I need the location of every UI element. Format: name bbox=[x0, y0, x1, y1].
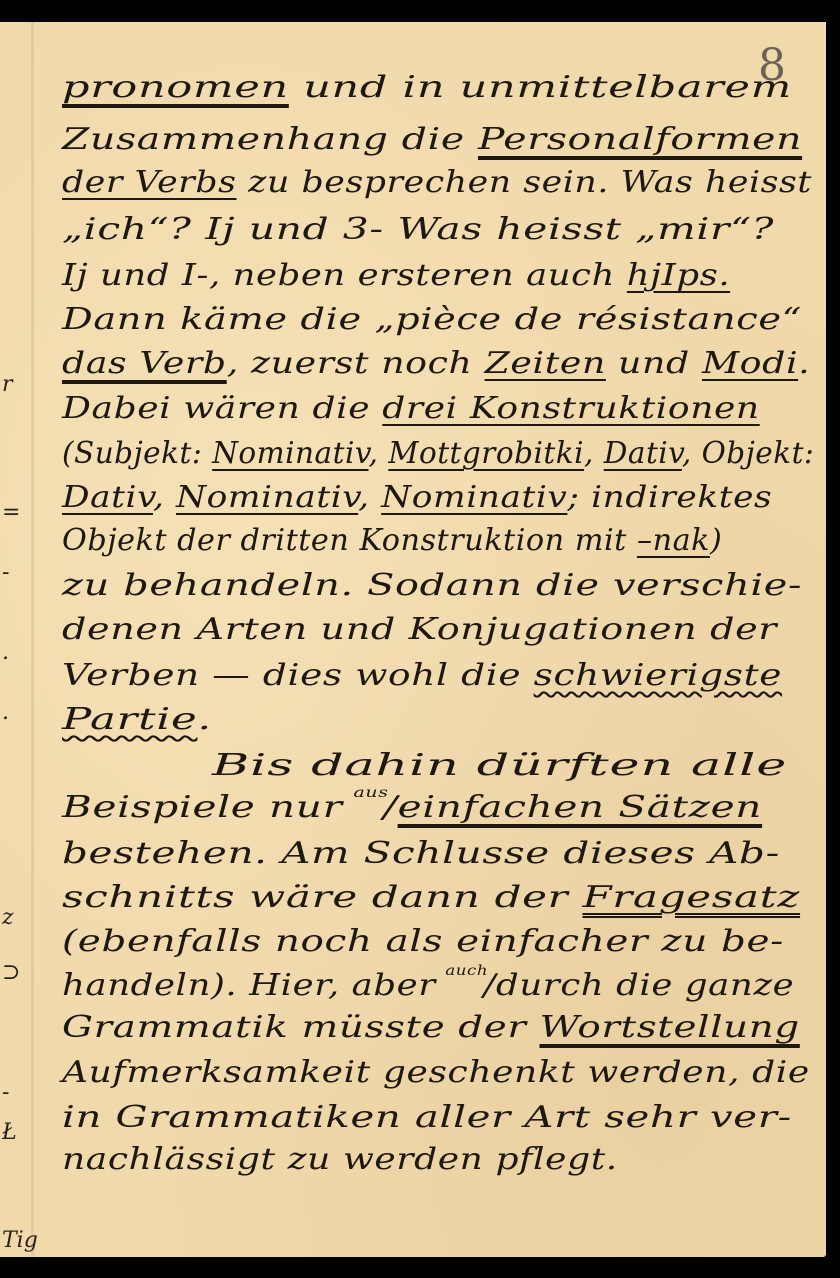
manuscript-line: „ich“? Ij und 3- Was heisst „mir“? bbox=[62, 212, 774, 247]
line-text: ; indirektes bbox=[567, 480, 772, 515]
underlined-word: drei Konstruktionen bbox=[382, 391, 760, 426]
underlined-word: –nak bbox=[637, 523, 710, 558]
manuscript-line: Dabei wären die drei Konstruktionen bbox=[62, 391, 760, 426]
manuscript-line: Dann käme die „pièce de résistance“ bbox=[62, 302, 802, 337]
line-text: ) bbox=[710, 523, 722, 558]
line-text: bestehen. Am Schlusse dieses Ab- bbox=[62, 836, 780, 871]
line-text: schnitts wäre dann der bbox=[62, 880, 582, 915]
line-text: , Objekt: bbox=[682, 436, 814, 471]
manuscript-line: in Grammatiken aller Art sehr ver- bbox=[62, 1100, 792, 1135]
line-text: , bbox=[584, 436, 604, 471]
margin-bleed-fragment: . bbox=[2, 700, 9, 725]
underlined-word: Partie bbox=[62, 702, 197, 737]
underlined-word: Nominativ bbox=[212, 436, 368, 471]
manuscript-line: denen Arten und Konjugationen der bbox=[62, 612, 777, 647]
line-text: nachlässigt zu werden pflegt. bbox=[62, 1142, 618, 1177]
line-text: Aufmerksamkeit geschenkt werden, die bbox=[62, 1055, 810, 1090]
manuscript-line: Bis dahin dürften alle bbox=[212, 748, 787, 783]
manuscript-line: nachlässigt zu werden pflegt. bbox=[62, 1142, 618, 1177]
underlined-word: Dativ bbox=[604, 436, 682, 471]
line-text: , bbox=[153, 480, 176, 515]
margin-bleed-fragment: ⊃ bbox=[2, 960, 20, 985]
manuscript-line: pronomen und in unmittelbarem bbox=[62, 70, 792, 105]
line-text: und bbox=[606, 346, 702, 381]
underlined-word: Mottgrobitki bbox=[388, 436, 584, 471]
margin-bleed-fragment: r bbox=[2, 372, 13, 397]
manuscript-line: Objekt der dritten Konstruktion mit –nak… bbox=[62, 523, 722, 558]
underlined-word: Nominativ bbox=[176, 480, 358, 515]
line-text: (ebenfalls noch als einfacher zu be- bbox=[62, 924, 784, 959]
manuscript-line: Grammatik müsste der Wortstellung bbox=[62, 1010, 800, 1045]
line-text: . bbox=[798, 346, 810, 381]
underlined-word: der Verbs bbox=[62, 165, 237, 200]
underlined-word: das Verb bbox=[62, 346, 227, 381]
underlined-word: Modi bbox=[702, 346, 798, 381]
line-text: , bbox=[358, 480, 381, 515]
margin-bleed-fragment: = bbox=[2, 500, 20, 525]
underlined-word: schwierigste bbox=[534, 658, 782, 693]
line-text: und in unmittelbarem bbox=[289, 70, 792, 105]
line-text: /durch die ganze bbox=[483, 968, 794, 1003]
manuscript-line: (Subjekt: Nominativ, Mottgrobitki, Dativ… bbox=[62, 436, 814, 471]
manuscript-line: Ij und I-, neben ersteren auch hjIps. bbox=[62, 258, 730, 293]
underlined-word: Wortstellung bbox=[539, 1010, 799, 1045]
line-text: Dabei wären die bbox=[62, 391, 382, 426]
line-text: Zusammenhang die bbox=[62, 122, 478, 157]
line-text: Beispiele nur bbox=[62, 790, 356, 825]
manuscript-line: bestehen. Am Schlusse dieses Ab- bbox=[62, 836, 780, 871]
line-text: zu behandeln. Sodann die verschie- bbox=[62, 568, 802, 603]
interlinear-insertion: auch bbox=[445, 963, 488, 979]
manuscript-line: Aufmerksamkeit geschenkt werden, die bbox=[62, 1055, 810, 1090]
manuscript-line: zu behandeln. Sodann die verschie- bbox=[62, 568, 802, 603]
margin-bleed-fragment: . bbox=[2, 640, 9, 665]
underlined-word: einfachen Sätzen bbox=[398, 790, 762, 825]
underlined-word: Fragesatz bbox=[582, 880, 800, 915]
manuscript-line: das Verb, zuerst noch Zeiten und Modi. bbox=[62, 346, 810, 381]
manuscript-line: Verben — dies wohl die schwierigste bbox=[62, 658, 782, 693]
margin-bleed-fragment: Ł bbox=[2, 1120, 17, 1145]
line-text: handeln). Hier, aber bbox=[62, 968, 448, 1003]
manuscript-line: handeln). Hier, aber auch/durch die ganz… bbox=[62, 968, 794, 1003]
line-text: , bbox=[369, 436, 389, 471]
line-text: zu besprechen sein. Was heisst bbox=[237, 165, 812, 200]
line-text: Bis dahin dürften alle bbox=[212, 748, 787, 783]
line-text: in Grammatiken aller Art sehr ver- bbox=[62, 1100, 792, 1135]
margin-bleed-fragment: - bbox=[2, 560, 9, 585]
manuscript-page: 8 pronomen und in unmittelbaremZusammenh… bbox=[0, 22, 826, 1257]
manuscript-line: Dativ, Nominativ, Nominativ; indirektes bbox=[62, 480, 772, 515]
margin-bleed-fragment: z bbox=[2, 905, 14, 930]
manuscript-line: Zusammenhang die Personalformen bbox=[62, 122, 802, 157]
underlined-word: Dativ bbox=[62, 480, 153, 515]
underlined-word: Nominativ bbox=[381, 480, 567, 515]
manuscript-line: schnitts wäre dann der Fragesatz bbox=[62, 880, 800, 915]
line-text: „ich“? Ij und 3- Was heisst „mir“? bbox=[62, 212, 774, 247]
line-text: (Subjekt: bbox=[62, 436, 212, 471]
margin-bleed-fragment: - bbox=[2, 1080, 9, 1105]
margin-bleed-fragment: Tig bbox=[2, 1228, 38, 1253]
paper-fold-line bbox=[31, 22, 34, 1257]
underlined-word: Personalformen bbox=[478, 122, 802, 157]
underlined-word: hjIps. bbox=[627, 258, 730, 293]
underlined-word: Zeiten bbox=[485, 346, 606, 381]
manuscript-line: Partie. bbox=[62, 702, 212, 737]
manuscript-line: der Verbs zu besprechen sein. Was heisst bbox=[62, 165, 812, 200]
line-text: Dann käme die „pièce de résistance“ bbox=[62, 302, 802, 337]
line-text: . bbox=[197, 702, 212, 737]
line-text: denen Arten und Konjugationen der bbox=[62, 612, 777, 647]
line-text: Grammatik müsste der bbox=[62, 1010, 539, 1045]
interlinear-insertion: aus bbox=[353, 785, 388, 801]
manuscript-line: Beispiele nur aus/einfachen Sätzen bbox=[62, 790, 762, 825]
underlined-word: pronomen bbox=[62, 70, 289, 105]
line-text: Verben — dies wohl die bbox=[62, 658, 534, 693]
line-text: Objekt der dritten Konstruktion mit bbox=[62, 523, 637, 558]
line-text: Ij und I-, neben ersteren auch bbox=[62, 258, 627, 293]
manuscript-line: (ebenfalls noch als einfacher zu be- bbox=[62, 924, 784, 959]
line-text: , zuerst noch bbox=[227, 346, 485, 381]
